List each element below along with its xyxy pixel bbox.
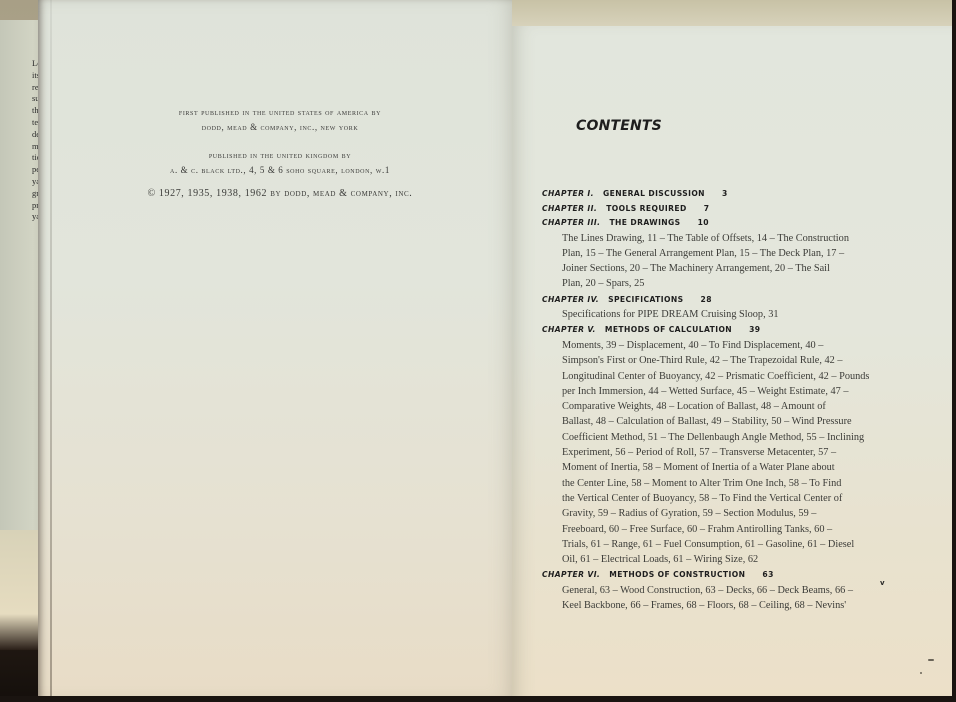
background-edge xyxy=(952,0,956,702)
chapter-title: METHODS OF CONSTRUCTION xyxy=(609,570,745,579)
chapter-number: CHAPTER III. xyxy=(542,218,600,227)
chapter-entries: Moments, 39 – Displacement, 40 – To Find… xyxy=(542,338,887,567)
toc-chapter: CHAPTER III. THE DRAWINGS 10 xyxy=(542,216,887,231)
back-flap-lower-edge xyxy=(0,530,42,650)
entry-line: Trials, 61 – Range, 61 – Fuel Consumptio… xyxy=(562,537,887,552)
table-of-contents: CHAPTER I. GENERAL DISCUSSION 3 CHAPTER … xyxy=(542,187,887,615)
chapter-page: 28 xyxy=(701,295,712,304)
toc-chapter: CHAPTER I. GENERAL DISCUSSION 3 xyxy=(542,187,887,202)
entry-line: Moments, 39 – Displacement, 40 – To Find… xyxy=(562,338,887,353)
chapter-title: THE DRAWINGS xyxy=(609,218,680,227)
entry-line: Joiner Sections, 20 – The Machinery Arra… xyxy=(562,261,887,276)
toc-chapter: CHAPTER II. TOOLS REQUIRED 7 xyxy=(542,202,887,217)
imprint-line-uk-publisher: A. & C. Black Ltd., 4, 5 & 6 Soho Square… xyxy=(130,163,430,178)
entry-line: Experiment, 56 – Period of Roll, 57 – Tr… xyxy=(562,445,887,460)
toc-chapter: CHAPTER V. METHODS OF CALCULATION 39 xyxy=(542,323,887,338)
chapter-entries: General, 63 – Wood Construction, 63 – De… xyxy=(542,583,887,614)
chapter-page: 39 xyxy=(749,325,760,334)
entry-line: the Vertical Center of Buoyancy, 58 – To… xyxy=(562,491,887,506)
chapter-page: 10 xyxy=(698,218,709,227)
page-number: v xyxy=(880,579,885,587)
entry-line: the Center Line, 58 – Moment to Alter Tr… xyxy=(562,476,887,491)
copyright-line: © 1927, 1935, 1938, 1962 by Dodd, Mead &… xyxy=(130,186,430,201)
chapter-entries: The Lines Drawing, 11 – The Table of Off… xyxy=(542,231,887,292)
entry-line: Specifications for PIPE DREAM Cruising S… xyxy=(562,307,887,322)
toc-chapter: CHAPTER IV. SPECIFICATIONS 28 xyxy=(542,293,887,308)
chapter-page: 3 xyxy=(722,189,728,198)
imprint-line-us-publisher: Dodd, Mead & Company, Inc., New York xyxy=(130,120,430,135)
chapter-page: 7 xyxy=(704,204,710,213)
entry-line: per Inch Immersion, 44 – Wetted Surface,… xyxy=(562,384,887,399)
entry-line: Plan, 15 – The General Arrangement Plan,… xyxy=(562,246,887,261)
entry-line: Freeboard, 60 – Free Surface, 60 – Frahm… xyxy=(562,522,887,537)
toc-chapter: CHAPTER VI. METHODS OF CONSTRUCTION 63 xyxy=(542,568,887,583)
chapter-number: CHAPTER I. xyxy=(542,189,594,198)
chapter-page: 63 xyxy=(762,570,773,579)
chapter-number: CHAPTER VI. xyxy=(542,570,600,579)
entry-line: The Lines Drawing, 11 – The Table of Off… xyxy=(562,231,887,246)
entry-line: Gravity, 59 – Radius of Gyration, 59 – S… xyxy=(562,506,887,521)
chapter-number: CHAPTER IV. xyxy=(542,295,599,304)
chapter-title: METHODS OF CALCULATION xyxy=(605,325,732,334)
paper-speck xyxy=(920,672,922,674)
entry-line: Coefficient Method, 51 – The Dellenbaugh… xyxy=(562,430,887,445)
background-bottom xyxy=(0,696,956,702)
entry-line: General, 63 – Wood Construction, 63 – De… xyxy=(562,583,887,598)
imprint-line-us: First published in the United States of … xyxy=(130,105,430,120)
chapter-entries: Specifications for PIPE DREAM Cruising S… xyxy=(542,307,887,322)
left-page: First published in the United States of … xyxy=(38,0,516,700)
chapter-title: GENERAL DISCUSSION xyxy=(603,189,705,198)
chapter-number: CHAPTER V. xyxy=(542,325,596,334)
entry-line: Keel Backbone, 66 – Frames, 68 – Floors,… xyxy=(562,598,887,613)
entry-line: Comparative Weights, 48 – Location of Ba… xyxy=(562,399,887,414)
entry-line: Oil, 61 – Electrical Loads, 61 – Wiring … xyxy=(562,552,887,567)
copyright-imprint: First published in the United States of … xyxy=(130,105,430,201)
chapter-number: CHAPTER II. xyxy=(542,204,597,213)
entry-line: Plan, 20 – Spars, 25 xyxy=(562,276,887,291)
chapter-title: SPECIFICATIONS xyxy=(608,295,683,304)
book-spread-photo: Long its fe revise super this c techn de… xyxy=(0,0,956,702)
imprint-line-uk: Published in the United Kingdom by xyxy=(130,148,430,163)
entry-line: Longitudinal Center of Buoyancy, 42 – Pr… xyxy=(562,369,887,384)
chapter-title: TOOLS REQUIRED xyxy=(606,204,686,213)
contents-heading: CONTENTS xyxy=(576,118,662,134)
entry-line: Simpson's First or One-Third Rule, 42 – … xyxy=(562,353,887,368)
paper-speck xyxy=(928,659,934,661)
entry-line: Moment of Inertia, 58 – Moment of Inerti… xyxy=(562,460,887,475)
right-page-top-edge xyxy=(512,0,956,28)
entry-line: Ballast, 48 – Calculation of Ballast, 49… xyxy=(562,414,887,429)
